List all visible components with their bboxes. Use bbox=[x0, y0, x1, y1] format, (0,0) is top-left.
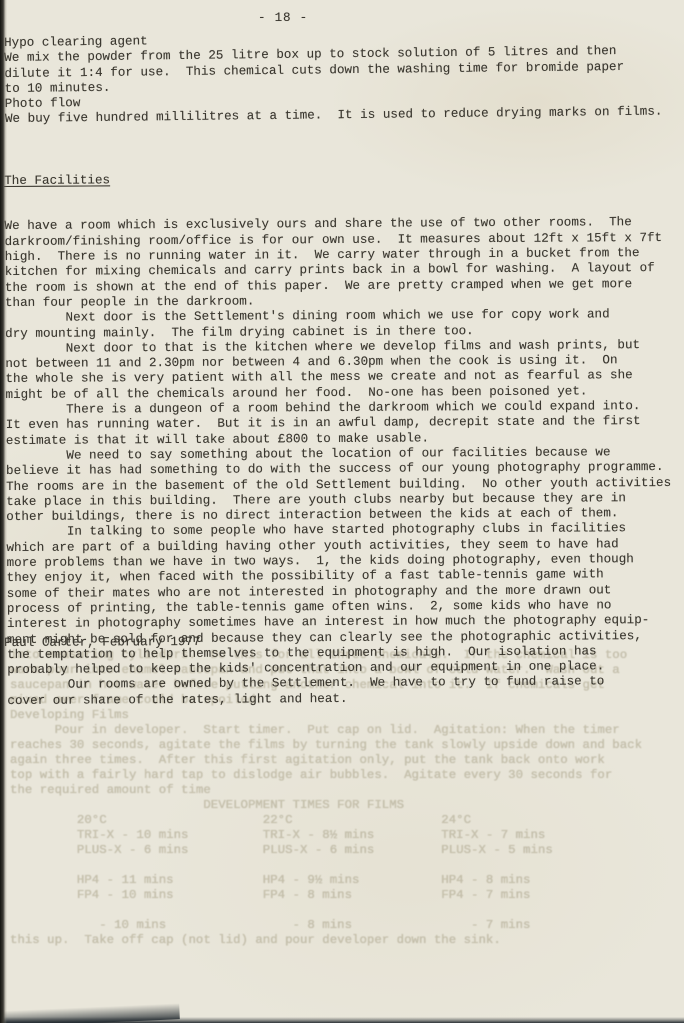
page-corner-shadow bbox=[0, 1003, 180, 1023]
text-line: the required amount of time bbox=[10, 783, 642, 798]
page-number: - 18 - bbox=[0, 11, 566, 25]
text-line: TRI-X - 10 mins TRI-X - 8½ mins TRI-X - … bbox=[10, 828, 642, 843]
text-line: 20°C 22°C 24°C bbox=[10, 813, 642, 828]
text-line: PLUS-X - 6 mins PLUS-X - 6 mins PLUS-X -… bbox=[10, 843, 642, 858]
facilities-heading: The Facilities bbox=[4, 170, 669, 189]
author-signature: Paul Carter, February 1977 bbox=[4, 635, 201, 650]
text-line: reaches 30 seconds, agitate the films by… bbox=[10, 738, 642, 753]
text-line: cover our share of the rates, light and … bbox=[7, 690, 672, 709]
chemicals-section: Hypo clearing agentWe mix the powder fro… bbox=[4, 29, 663, 128]
text-line: DEVELOPMENT TIMES FOR FILMS bbox=[10, 798, 642, 813]
text-line: HP4 - 11 mins HP4 - 9½ mins HP4 - 8 mins bbox=[10, 873, 642, 888]
page-edge-left bbox=[0, 0, 7, 1023]
text-line: again three times. After this first agit… bbox=[10, 753, 642, 768]
text-line bbox=[10, 858, 642, 873]
text-line: - 10 mins - 8 mins - 7 mins bbox=[10, 918, 642, 933]
text-line: top with a fairly hard tap to dislodge a… bbox=[10, 768, 642, 783]
text-line: FP4 - 10 mins FP4 - 8 mins FP4 - 7 mins bbox=[10, 888, 642, 903]
text-line bbox=[10, 903, 642, 918]
document-page: into measuring cylinders. Do this for al… bbox=[0, 0, 684, 1023]
text-line: this up. Take off cap (not lid) and pour… bbox=[10, 933, 642, 948]
